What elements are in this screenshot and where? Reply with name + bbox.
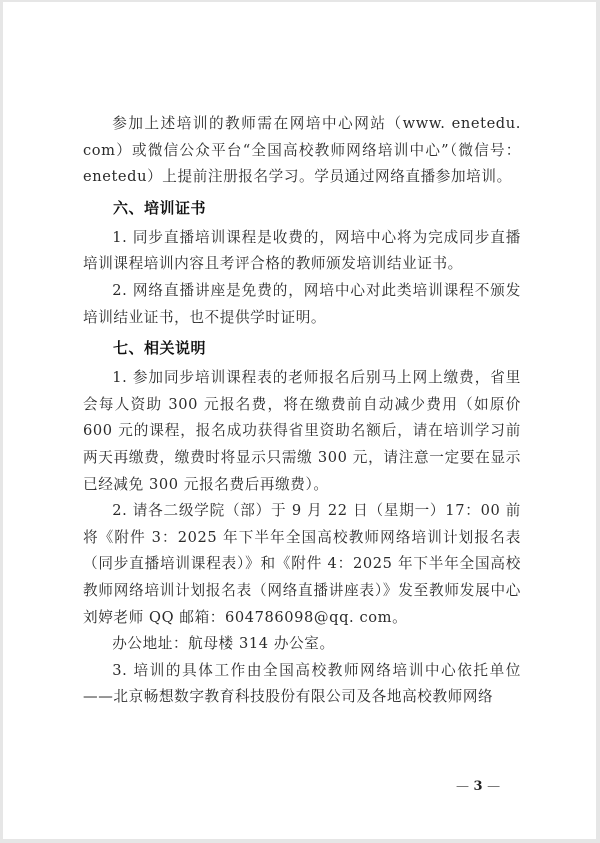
notes-paragraph-3: 3. 培训的具体工作由全国高校教师网络培训中心依托单位——北京畅想数字教育科技股… <box>83 658 521 711</box>
page-number: — 3 — <box>456 779 500 794</box>
page-number-value: 3 <box>474 779 483 794</box>
notes-paragraph-2: 2. 请各二级学院（部）于 9 月 22 日（星期一）17：00 前将《附件 3… <box>83 498 521 631</box>
certificate-paragraph-2: 2. 网络直播讲座是免费的，网培中心对此类培训课程不颁发培训结业证书，也不提供学… <box>83 278 521 331</box>
office-address: 办公地址：航母楼 314 办公室。 <box>83 631 521 658</box>
notes-paragraph-1: 1. 参加同步培训课程表的老师报名后别马上网上缴费，省里会每人资助 300 元报… <box>83 365 521 498</box>
document-body: 参加上述培训的教师需在网培中心网站（www. enetedu. com）或微信公… <box>83 111 521 711</box>
page-number-dash-right: — <box>487 779 500 794</box>
page-number-dash-left: — <box>456 779 469 794</box>
document-page: 参加上述培训的教师需在网培中心网站（www. enetedu. com）或微信公… <box>3 2 596 839</box>
section-heading-notes: 七、相关说明 <box>83 333 521 363</box>
certificate-paragraph-1: 1. 同步直播培训课程是收费的，网培中心将为完成同步直播培训课程培训内容且考评合… <box>83 225 521 278</box>
intro-paragraph: 参加上述培训的教师需在网培中心网站（www. enetedu. com）或微信公… <box>83 111 521 191</box>
section-heading-certificate: 六、培训证书 <box>83 193 521 223</box>
